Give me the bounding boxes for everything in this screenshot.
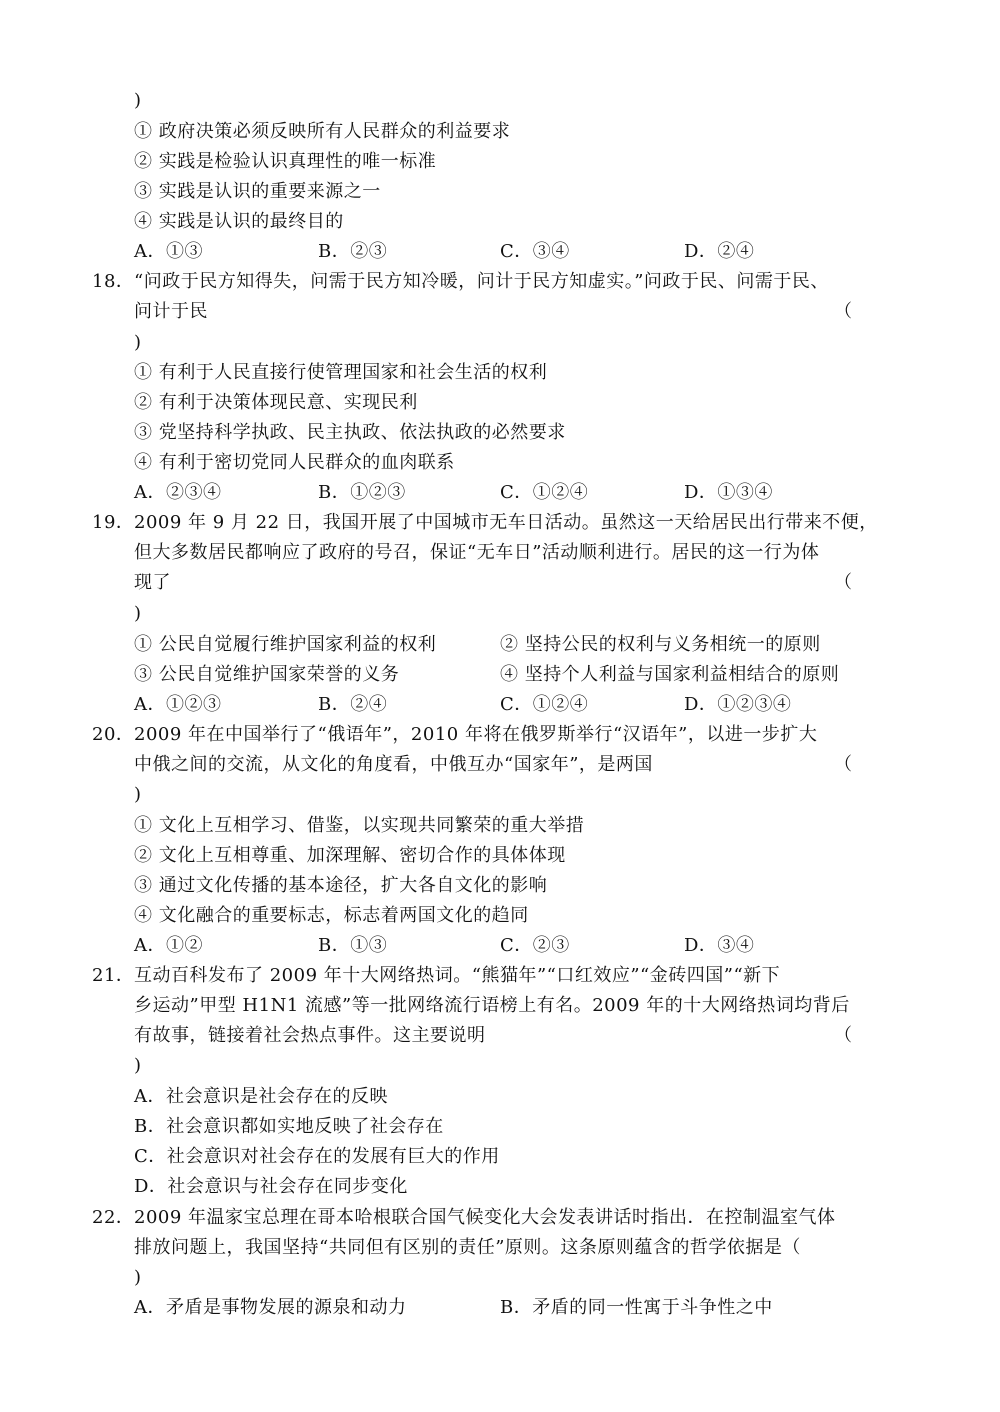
q22-option-b: B．矛盾的同一性寓于斗争性之中 bbox=[500, 1293, 773, 1323]
q18-paren-close: ) bbox=[134, 328, 142, 358]
q19-option-a: A．①②③ bbox=[134, 690, 222, 720]
q20-option-d: D．③④ bbox=[684, 931, 754, 961]
q22-number: 22． bbox=[92, 1203, 134, 1233]
q20-option-c: C．②③ bbox=[500, 931, 570, 961]
q18-item-2: ② 有利于决策体现民意、实现民利 bbox=[134, 388, 418, 418]
q18-number: 18． bbox=[92, 267, 134, 297]
q19-item-2: ② 坚持公民的权利与义务相统一的原则 bbox=[500, 630, 821, 660]
q19-paren-close: ) bbox=[134, 599, 142, 629]
q17-option-c: C．③④ bbox=[500, 237, 570, 267]
q19-number: 19． bbox=[92, 508, 134, 538]
q20-option-a: A．①② bbox=[134, 931, 203, 961]
q21-stem-line-2: 乡运动”甲型 H1N1 流感”等一批网络流行语榜上有名。2009 年的十大网络热… bbox=[134, 991, 850, 1021]
q17-paren-close: ) bbox=[134, 86, 142, 116]
q17-option-b: B．②③ bbox=[318, 237, 387, 267]
q21-option-a: A．社会意识是社会存在的反映 bbox=[134, 1082, 388, 1112]
q18-item-4: ④ 有利于密切党同人民群众的血肉联系 bbox=[134, 448, 455, 478]
q21-option-b: B．社会意识都如实地反映了社会存在 bbox=[134, 1112, 444, 1142]
q20-item-1: ① 文化上互相学习、借鉴，以实现共同繁荣的重大举措 bbox=[134, 811, 584, 841]
q20-number: 20． bbox=[92, 720, 134, 750]
q19-stem-line-3: 现了 bbox=[134, 568, 171, 598]
q19-stem-line-1: 2009 年 9 月 22 日，我国开展了中国城市无车日活动。虽然这一天给居民出… bbox=[134, 508, 878, 538]
q21-paren-close: ) bbox=[134, 1051, 142, 1081]
q20-item-3: ③ 通过文化传播的基本途径，扩大各自文化的影响 bbox=[134, 871, 547, 901]
q18-item-3: ③ 党坚持科学执政、民主执政、依法执政的必然要求 bbox=[134, 418, 566, 448]
q21-option-c: C．社会意识对社会存在的发展有巨大的作用 bbox=[134, 1142, 500, 1172]
exam-page: ) ① 政府决策必须反映所有人民群众的利益要求 ② 实践是检验认识真理性的唯一标… bbox=[0, 0, 1000, 1412]
q22-stem-line-2: 排放问题上，我国坚持“共同但有区别的责任”原则。这条原则蕴含的哲学依据是（ bbox=[134, 1233, 801, 1263]
q20-stem-line-2: 中俄之间的交流，从文化的角度看，中俄互办“国家年”，是两国 bbox=[134, 750, 653, 780]
q22-stem-line-1: 2009 年温家宝总理在哥本哈根联合国气候变化大会发表讲话时指出．在控制温室气体 bbox=[134, 1203, 836, 1233]
q19-item-3: ③ 公民自觉维护国家荣誉的义务 bbox=[134, 660, 399, 690]
q17-item-4: ④ 实践是认识的最终目的 bbox=[134, 207, 344, 237]
q20-option-b: B．①③ bbox=[318, 931, 387, 961]
q22-paren-close: ) bbox=[134, 1263, 142, 1293]
q17-option-a: A．①③ bbox=[134, 237, 203, 267]
q19-stem-line-2: 但大多数居民都响应了政府的号召，保证“无车日”活动顺利进行。居民的这一行为体 bbox=[134, 538, 819, 568]
q22-option-a: A．矛盾是事物发展的源泉和动力 bbox=[134, 1293, 407, 1323]
q17-item-2: ② 实践是检验认识真理性的唯一标准 bbox=[134, 147, 436, 177]
q17-item-3: ③ 实践是认识的重要来源之一 bbox=[134, 177, 381, 207]
q18-item-1: ① 有利于人民直接行使管理国家和社会生活的权利 bbox=[134, 358, 547, 388]
q19-item-4: ④ 坚持个人利益与国家利益相结合的原则 bbox=[500, 660, 839, 690]
q19-item-1: ① 公民自觉履行维护国家利益的权利 bbox=[134, 630, 436, 660]
q18-paren-open: （ bbox=[834, 297, 853, 327]
q20-item-4: ④ 文化融合的重要标志，标志着两国文化的趋同 bbox=[134, 901, 529, 931]
q20-paren-close: ) bbox=[134, 780, 142, 810]
q19-option-b: B．②④ bbox=[318, 690, 387, 720]
q21-stem-line-3: 有故事，链接着社会热点事件。这主要说明 bbox=[134, 1021, 486, 1051]
q20-stem-line-1: 2009 年在中国举行了“俄语年”，2010 年将在俄罗斯举行“汉语年”，以进一… bbox=[134, 720, 817, 750]
q21-paren-open: （ bbox=[834, 1021, 853, 1051]
q21-option-d: D．社会意识与社会存在同步变化 bbox=[134, 1172, 408, 1202]
q21-stem-line-1: 互动百科发布了 2009 年十大网络热词。“熊猫年”“口红效应”“金砖四国”“新… bbox=[134, 961, 780, 991]
q18-option-a: A．②③④ bbox=[134, 478, 222, 508]
q18-option-c: C．①②④ bbox=[500, 478, 588, 508]
q17-item-1: ① 政府决策必须反映所有人民群众的利益要求 bbox=[134, 117, 510, 147]
q18-stem-line-1: “问政于民方知得失，问需于民方知冷暖，问计于民方知虚实。”问政于民、问需于民、 bbox=[134, 267, 829, 297]
q20-item-2: ② 文化上互相尊重、加深理解、密切合作的具体体现 bbox=[134, 841, 566, 871]
q18-stem-line-2: 问计于民 bbox=[134, 297, 208, 327]
q17-option-d: D．②④ bbox=[684, 237, 754, 267]
q18-option-d: D．①③④ bbox=[684, 478, 773, 508]
q20-paren-open: （ bbox=[834, 750, 853, 780]
q21-number: 21． bbox=[92, 961, 134, 991]
q19-paren-open: （ bbox=[834, 568, 853, 598]
q19-option-d: D．①②③④ bbox=[684, 690, 791, 720]
q19-option-c: C．①②④ bbox=[500, 690, 588, 720]
q18-option-b: B．①②③ bbox=[318, 478, 406, 508]
